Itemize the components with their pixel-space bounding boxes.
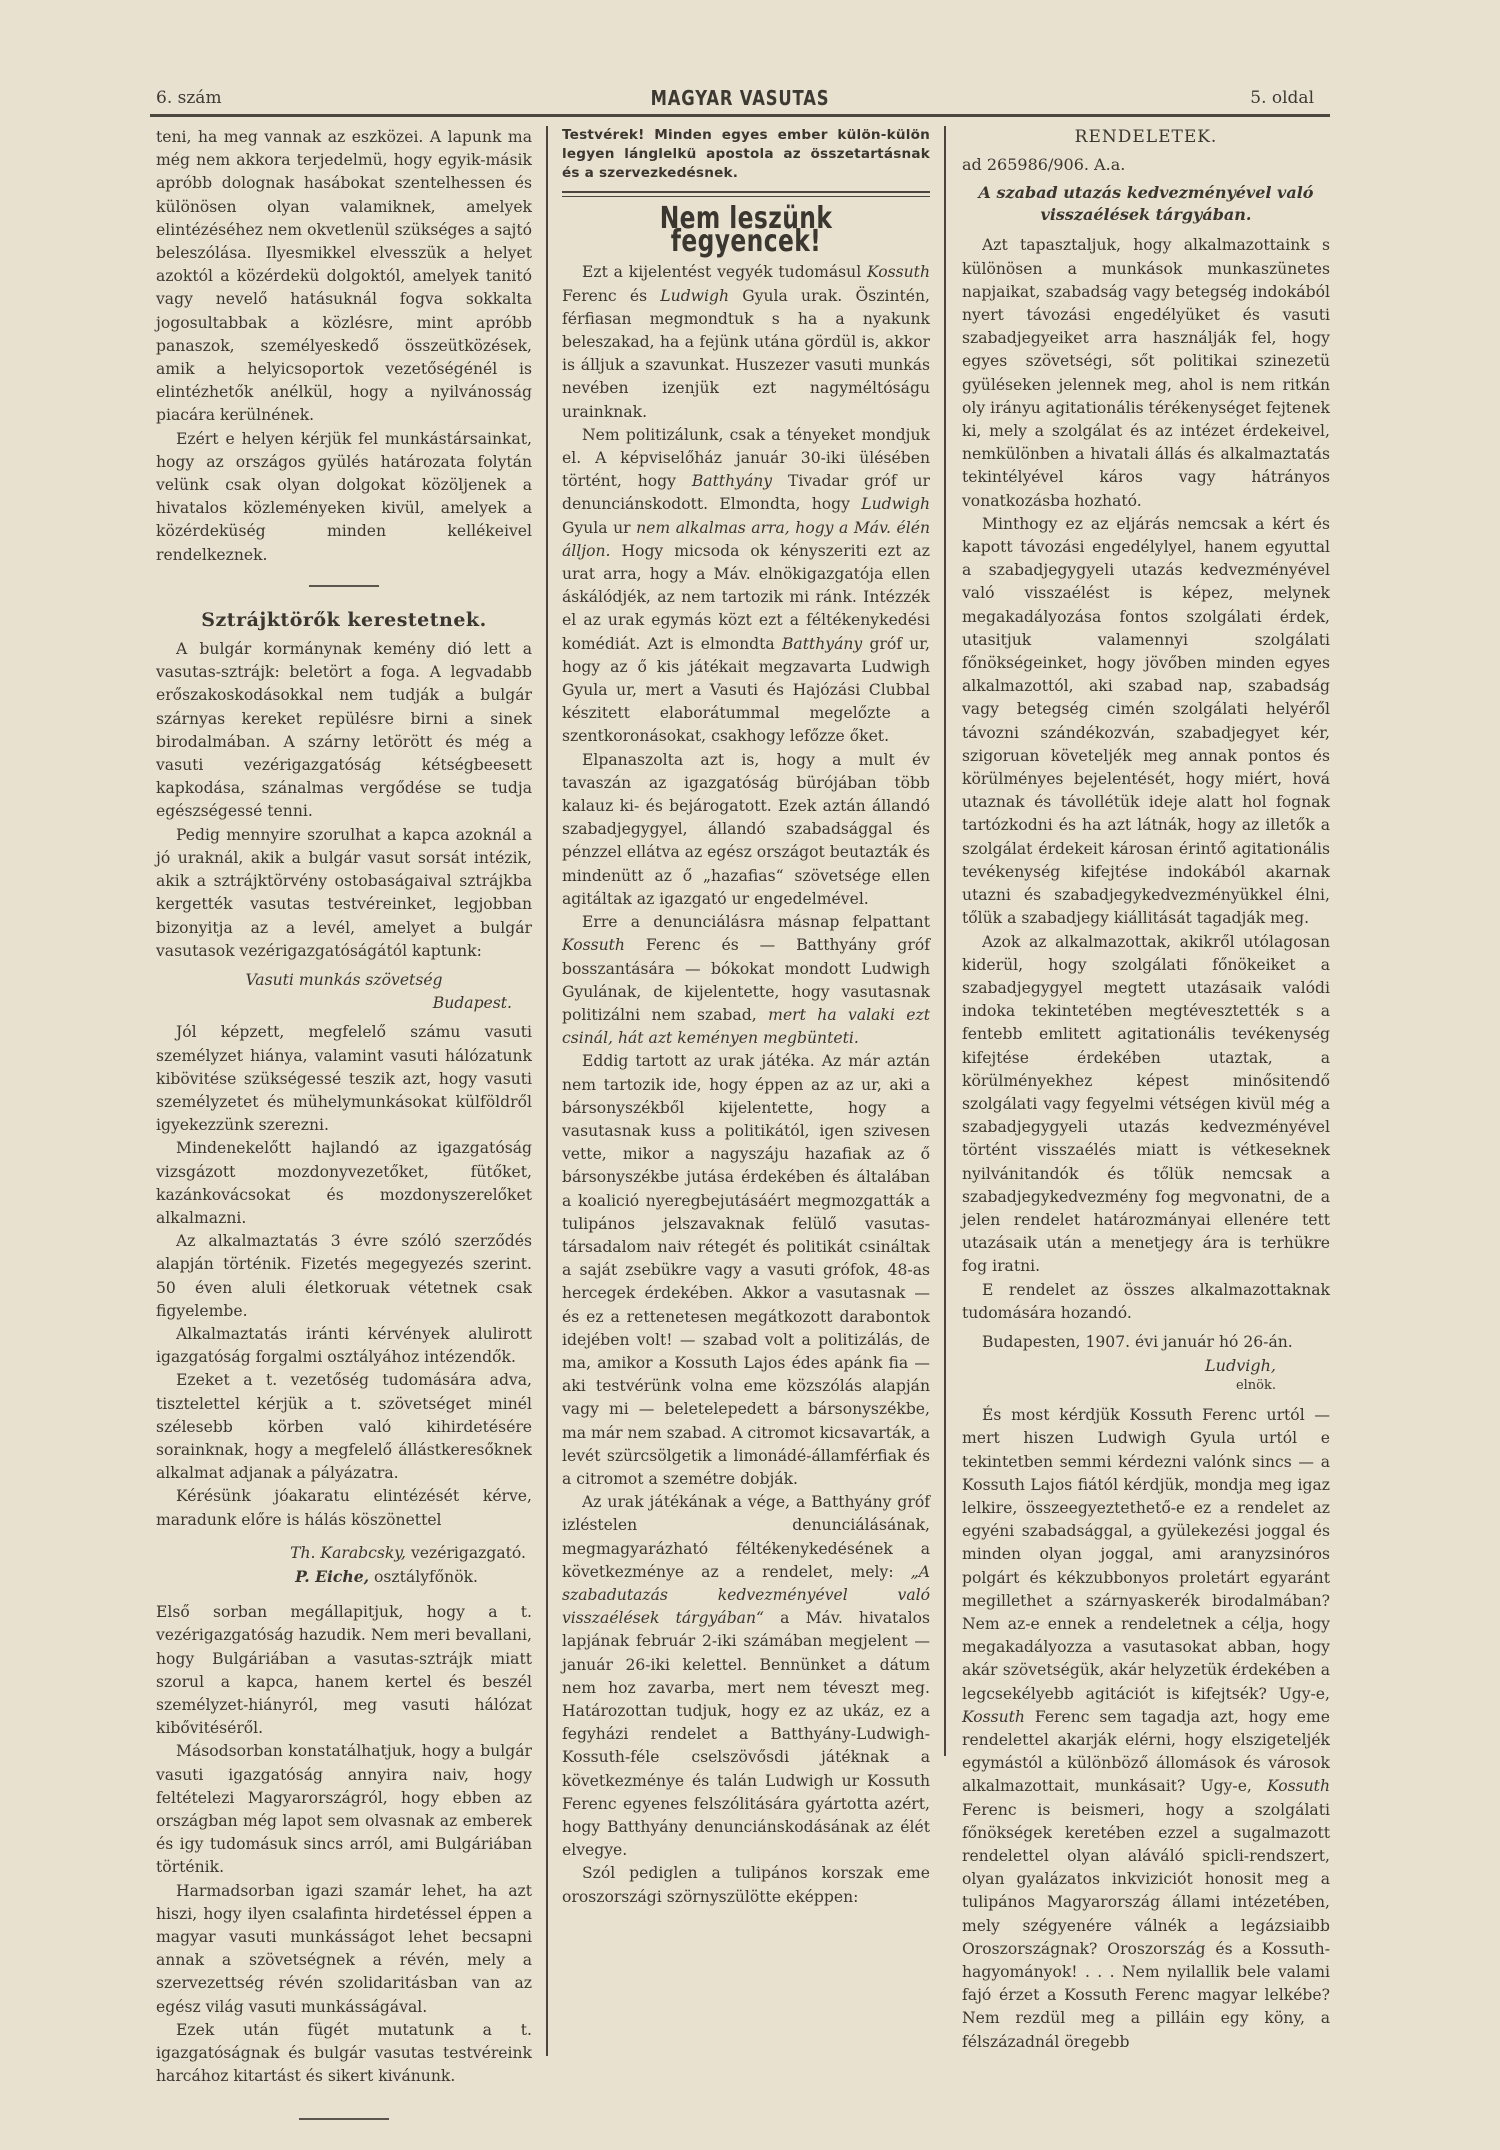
paragraph: Szól pediglen a tulipános korszak eme or…: [562, 1862, 930, 1908]
decree-reference: ad 265986/906. A.a.: [962, 153, 1330, 176]
paragraph: Harmadsorban igazi szamár lehet, ha azt …: [156, 1880, 532, 2019]
decree-signature: Ludvigh, elnök.: [962, 1356, 1330, 1396]
name-kossuth: Kossuth: [1267, 1777, 1330, 1795]
name-kossuth: Kossuth: [962, 1708, 1025, 1726]
column-3: RENDELETEK. ad 265986/906. A.a. A szabad…: [946, 126, 1330, 2026]
paragraph: Az urak játékának a vége, a Batthyány gr…: [562, 1491, 930, 1862]
double-rule: [562, 191, 930, 197]
paragraph: Pedig mennyire szorulhat a kapca azoknál…: [156, 824, 532, 963]
signature-role: vezérigazgató.: [406, 1544, 526, 1562]
paragraph: Ezt a kijelentést vegyék tudomásul Kossu…: [562, 261, 930, 423]
paragraph: Első sorban megállapitjuk, hogy a t. vez…: [156, 1601, 532, 1740]
paragraph: És most kérdjük Kossuth Ferenc urtól — m…: [962, 1404, 1330, 2054]
name-ludwigh: Ludwigh: [660, 287, 729, 305]
paragraph: Az alkalmaztatás 3 évre szóló szerződés …: [156, 1230, 532, 1323]
section-separator: [309, 585, 379, 587]
paragraph: Azt tapasztaljuk, hogy alkalmazottaink s…: [962, 234, 1330, 512]
masthead: 6. szám MAGYAR VASUTAS 5. oldal: [150, 86, 1330, 112]
paragraph: Eddig tartott az urak játéka. Az már azt…: [562, 1050, 930, 1491]
paragraph: Minthogy ez az eljárás nemcsak a kért és…: [962, 513, 1330, 931]
decree-title: A szabad utazás kedvezményével való viss…: [962, 182, 1330, 226]
signature-name: Th. Karabcsky,: [290, 1544, 406, 1562]
paragraph: Másodsorban konstatálhatjuk, hogy a bulg…: [156, 1740, 532, 1879]
paragraph: Kérésünk jóakaratu elintézését kérve, ma…: [156, 1485, 532, 1531]
column-1: teni, ha meg vannak az eszközei. A lapun…: [150, 126, 548, 2056]
paragraph: Jól képzett, megfelelő számu vasuti szem…: [156, 1021, 532, 1137]
paragraph: Nem politizálunk, csak a tényeket mondju…: [562, 424, 930, 749]
article-heading-strikebreakers: Sztrájktörők kerestetnek.: [156, 609, 532, 632]
masthead-rule: [150, 114, 1330, 117]
name-kossuth: Kossuth: [867, 263, 930, 281]
issue-number: 6. szám: [156, 88, 222, 108]
paragraph: Mindenekelőtt hajlandó az igazgatóság vi…: [156, 1137, 532, 1230]
signature-name: Ludvigh,: [962, 1356, 1276, 1376]
newspaper-title: MAGYAR VASUTAS: [256, 86, 1224, 110]
paragraph: Alkalmaztatás iránti kérvények alulirott…: [156, 1323, 532, 1369]
signature-role: osztályfőnök.: [369, 1568, 478, 1586]
paragraph: Azok az alkalmazottak, akikről utólagosa…: [962, 931, 1330, 1279]
page-number: 5. oldal: [1250, 88, 1314, 108]
article-heading-not-convicts: Nem leszünk fegyencek!: [602, 207, 889, 253]
paragraph: Ezek után fügét mutatunk a t. igazgatósá…: [156, 2019, 532, 2089]
letter-addressee: Vasuti munkás szövetség: [156, 969, 532, 992]
paragraph: teni, ha meg vannak az eszközei. A lapun…: [156, 126, 532, 428]
paragraph: Erre a denunciálásra másnap felpattant K…: [562, 911, 930, 1050]
paragraph: Ezért e helyen kérjük fel munkástársaink…: [156, 428, 532, 567]
name-batthyany: Batthyány: [782, 635, 862, 653]
signature-name: P. Eiche,: [295, 1567, 369, 1586]
newspaper-page: 6. szám MAGYAR VASUTAS 5. oldal teni, ha…: [150, 86, 1330, 2086]
name-ludwigh: Ludwigh: [861, 495, 930, 513]
decree-date: Budapesten, 1907. évi január hó 26-án.: [962, 1331, 1330, 1354]
section-separator: [299, 2118, 389, 2120]
paragraph: Elpanaszolta azt is, hogy a mult év tava…: [562, 749, 930, 911]
slogan-banner: Testvérek! Minden egyes ember külön-külö…: [562, 126, 930, 183]
column-2: Testvérek! Minden egyes ember külön-külö…: [548, 126, 946, 1756]
letter-signatures: Th. Karabcsky, vezérigazgató. P. Eiche, …: [156, 1542, 532, 1589]
name-kossuth: Kossuth: [562, 936, 625, 954]
signature-role: elnök.: [962, 1376, 1276, 1396]
paragraph: A bulgár kormánynak kemény dió lett a va…: [156, 638, 532, 824]
letter-city: Budapest.: [156, 992, 532, 1015]
name-batthyany: Batthyány: [692, 472, 772, 490]
section-heading-decrees: RENDELETEK.: [962, 126, 1330, 149]
paragraph: E rendelet az összes alkalmazottaknak tu…: [962, 1279, 1330, 1325]
paragraph: Ezeket a t. vezetőség tudomására adva, t…: [156, 1369, 532, 1485]
columns: teni, ha meg vannak az eszközei. A lapun…: [150, 126, 1330, 2026]
